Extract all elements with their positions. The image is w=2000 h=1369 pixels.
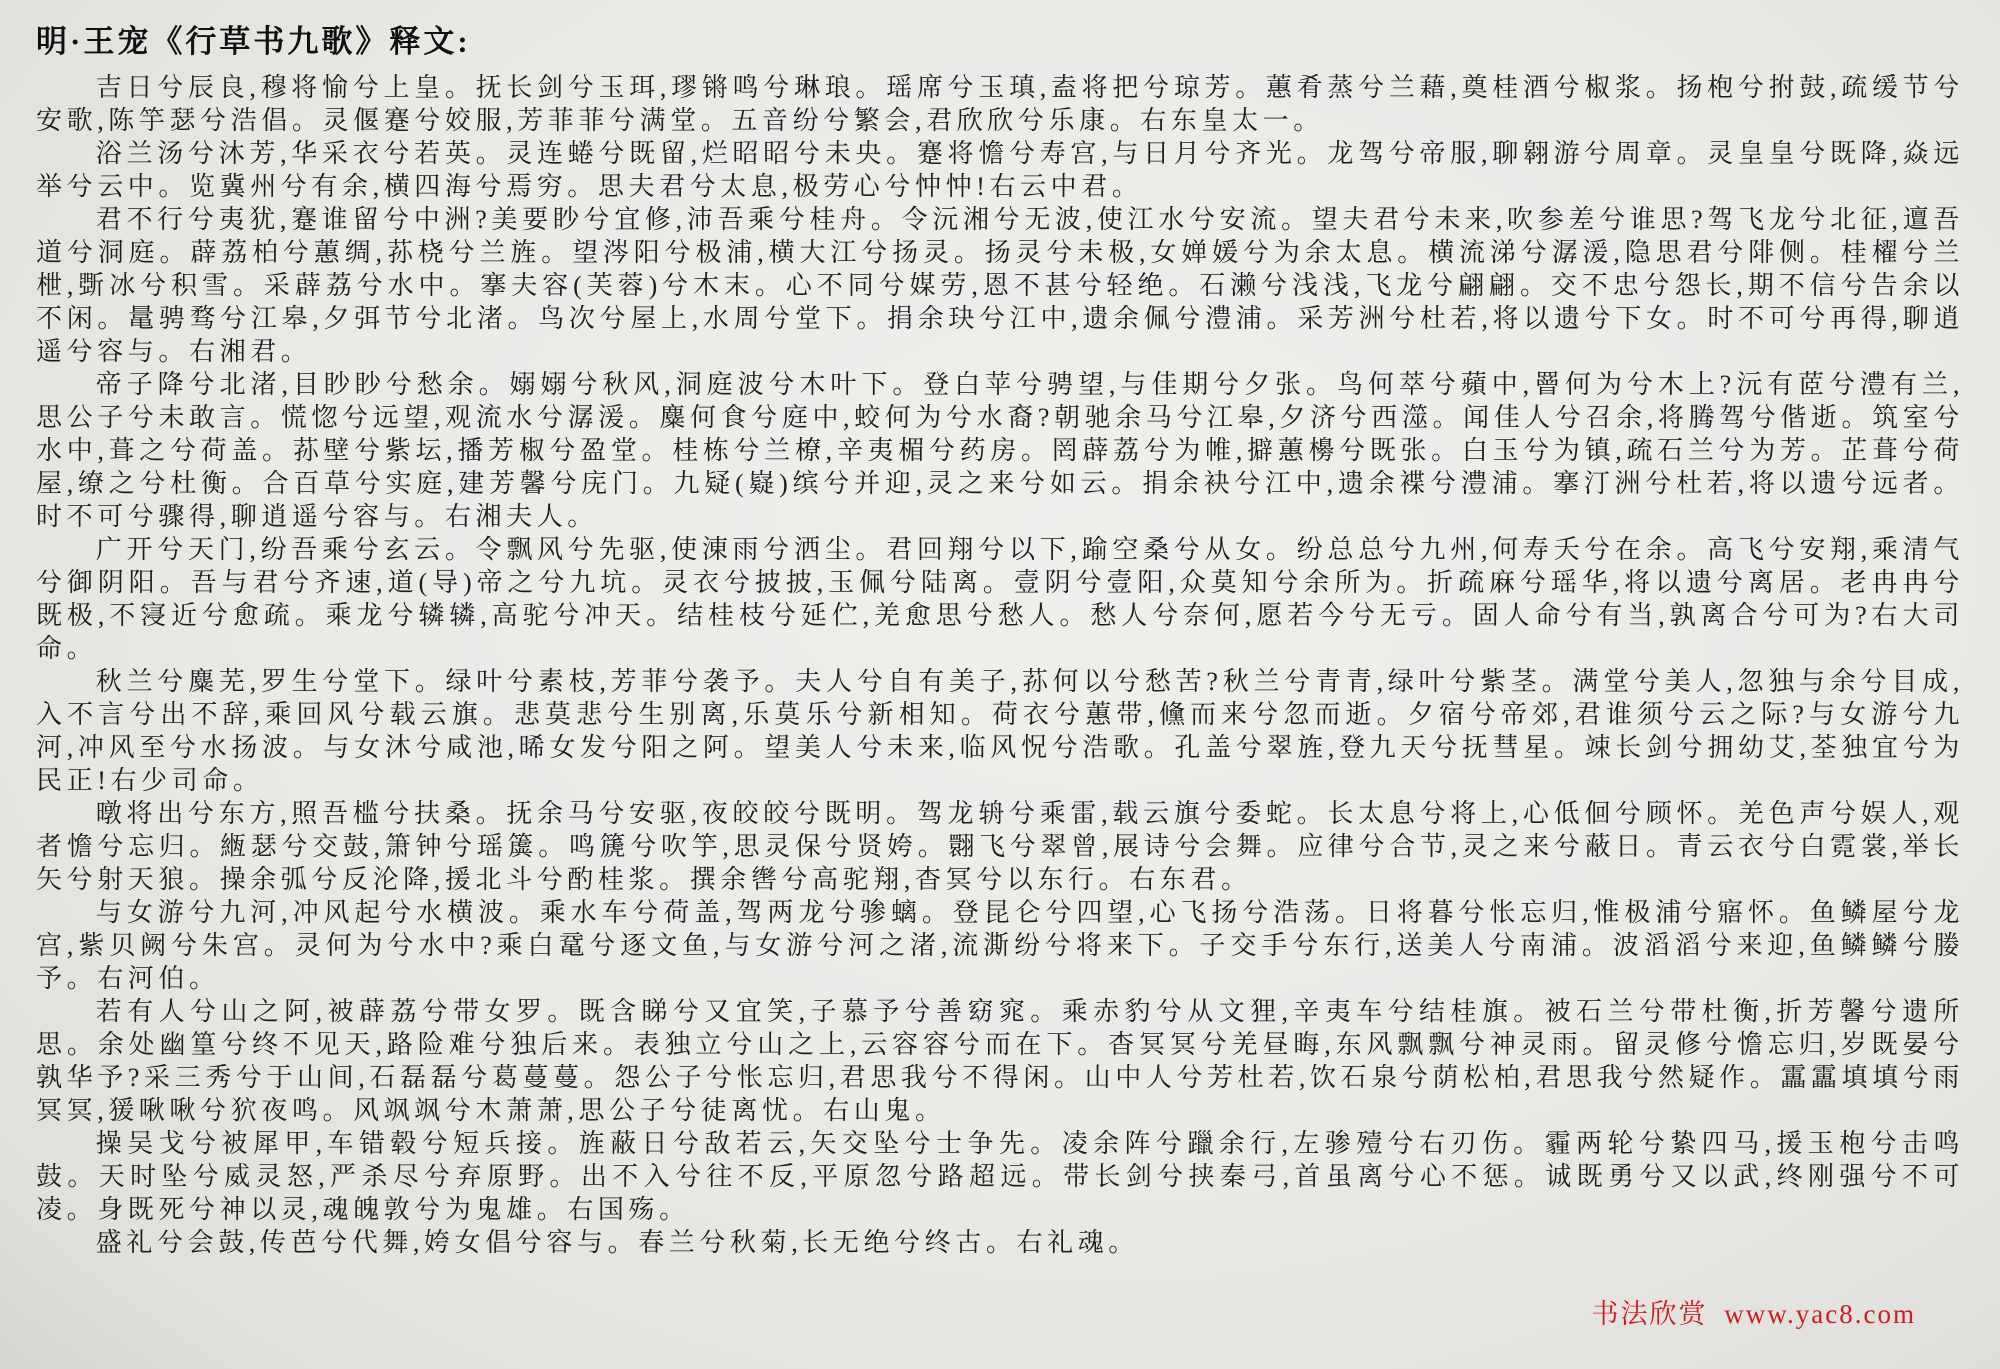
watermark-separator xyxy=(1708,1299,1725,1329)
paragraph: 暾将出兮东方,照吾槛兮扶桑。抚余马兮安驱,夜皎皎兮既明。驾龙辀兮乘雷,载云旗兮委… xyxy=(36,797,1964,896)
scanned-page: 明·王宠《行草书九歌》释文: 吉日兮辰良,穆将愉兮上皇。抚长剑兮玉珥,璆锵鸣兮琳… xyxy=(0,0,2000,1369)
watermark-url: www.yac8.com xyxy=(1724,1299,1916,1329)
paragraph: 吉日兮辰良,穆将愉兮上皇。抚长剑兮玉珥,璆锵鸣兮琳琅。瑶席兮玉瑱,盍将把兮琼芳。… xyxy=(36,71,1964,137)
paragraph: 帝子降兮北渚,目眇眇兮愁余。嫋嫋兮秋风,洞庭波兮木叶下。登白苹兮骋望,与佳期兮夕… xyxy=(36,368,1964,533)
page-title: 明·王宠《行草书九歌》释文: xyxy=(36,16,1964,61)
paragraph: 若有人兮山之阿,被薜荔兮带女罗。既含睇兮又宜笑,子慕予兮善窈窕。乘赤豹兮从文狸,… xyxy=(36,995,1964,1127)
paragraph: 浴兰汤兮沐芳,华采衣兮若英。灵连蜷兮既留,烂昭昭兮未央。蹇将憺兮寿宫,与日月兮齐… xyxy=(36,137,1964,203)
paragraph: 君不行兮夷犹,蹇谁留兮中洲?美要眇兮宜修,沛吾乘兮桂舟。令沅湘兮无波,使江水兮安… xyxy=(36,203,1964,368)
text-body: 吉日兮辰良,穆将愉兮上皇。抚长剑兮玉珥,璆锵鸣兮琳琅。瑶席兮玉瑱,盍将把兮琼芳。… xyxy=(36,71,1964,1259)
paragraph: 秋兰兮麋芜,罗生兮堂下。绿叶兮素枝,芳菲兮袭予。夫人兮自有美子,荪何以兮愁苦?秋… xyxy=(36,665,1964,797)
paragraph: 操吴戈兮被犀甲,车错毂兮短兵接。旌蔽日兮敌若云,矢交坠兮士争先。凌余阵兮躐余行,… xyxy=(36,1127,1964,1226)
paragraph: 广开兮天门,纷吾乘兮玄云。令飘风兮先驱,使涷雨兮洒尘。君回翔兮以下,踰空桑兮从女… xyxy=(36,533,1964,665)
watermark-site-name: 书法欣赏 xyxy=(1592,1299,1708,1329)
paragraph: 盛礼兮会鼓,传芭兮代舞,姱女倡兮容与。春兰兮秋菊,长无绝兮终古。右礼魂。 xyxy=(36,1226,1964,1259)
watermark: 书法欣赏 www.yac8.com xyxy=(1592,1292,1916,1331)
paragraph: 与女游兮九河,冲风起兮水横波。乘水车兮荷盖,驾两龙兮骖螭。登昆仑兮四望,心飞扬兮… xyxy=(36,896,1964,995)
